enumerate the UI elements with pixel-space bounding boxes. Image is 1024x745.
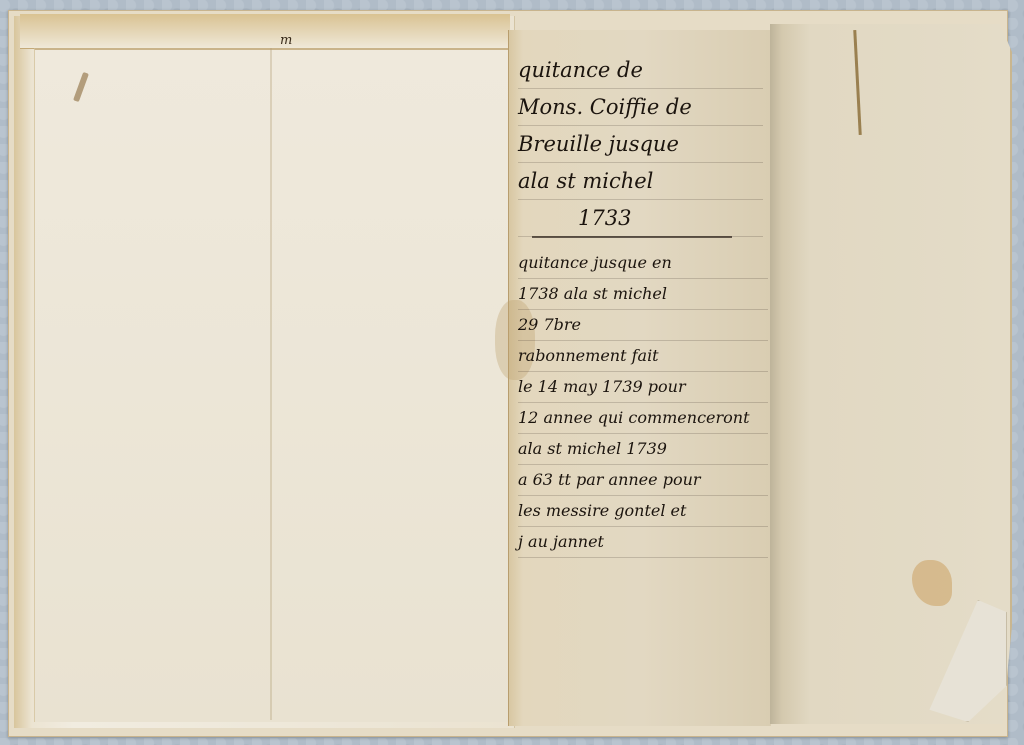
header-line: Breuille jusque xyxy=(518,126,763,163)
header-line: quitance de xyxy=(518,52,763,89)
body-line: 12 annee qui commenceront xyxy=(518,403,768,434)
header-text: quitance de Mons. Coiffie de Breuille ju… xyxy=(518,52,763,237)
header-line: ala st michel xyxy=(518,163,763,200)
body-line: quitance jusque en xyxy=(518,248,768,279)
left-fold-line xyxy=(270,48,272,720)
top-paper-edge xyxy=(20,14,510,49)
body-line: le 14 may 1739 pour xyxy=(518,372,768,403)
body-line: ala st michel 1739 xyxy=(518,434,768,465)
header-line: Mons. Coiffie de xyxy=(518,89,763,126)
body-line: les messire gontel et xyxy=(518,496,768,527)
body-text: quitance jusque en 1738 ala st michel 29… xyxy=(518,248,768,558)
body-line: rabonnement fait xyxy=(518,341,768,372)
body-line: j au jannet xyxy=(518,527,768,558)
body-line: 29 7bre xyxy=(518,310,768,341)
body-line: 1738 ala st michel xyxy=(518,279,768,310)
header-year: 1733 xyxy=(518,200,763,237)
divider-line xyxy=(532,236,732,238)
body-line: a 63 tt par annee pour xyxy=(518,465,768,496)
page-mark: m xyxy=(280,33,292,48)
